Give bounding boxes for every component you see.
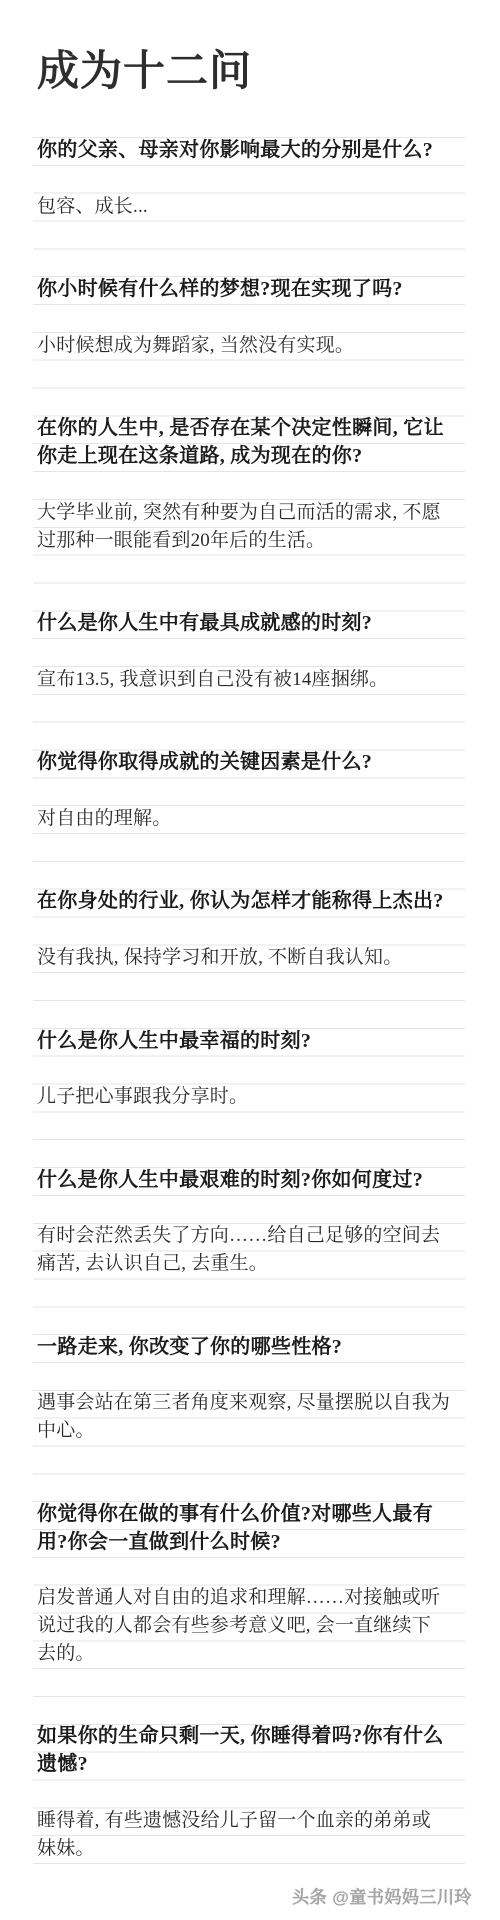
answer-line: 宣布13.5, 我意识到自己没有被14座捆绑。 <box>33 666 465 694</box>
qa-block: 什么是你人生中最艰难的时刻?你如何度过?有时会茫然丢失了方向……给自己足够的空间… <box>33 1167 465 1278</box>
question: 什么是你人生中有最具成就感的时刻? <box>33 610 465 638</box>
answer-line: 痛苦, 去认识自己, 去重生。 <box>33 1250 465 1278</box>
question-line: 遗憾? <box>33 1751 465 1779</box>
question: 你小时候有什么样的梦想?现在实现了吗? <box>33 276 465 304</box>
question-line: 你觉得你取得成就的关键因素是什么? <box>33 749 465 777</box>
qa-block: 什么是你人生中最幸福的时刻?儿子把心事跟我分享时。 <box>33 1028 465 1111</box>
qa-block: 什么是你人生中有最具成就感的时刻?宣布13.5, 我意识到自己没有被14座捆绑。 <box>33 610 465 693</box>
answer-line: 说过我的人都会有些参考意义吧, 会一直继续下 <box>33 1612 465 1640</box>
answer-line: 去的。 <box>33 1640 465 1668</box>
question: 什么是你人生中最艰难的时刻?你如何度过? <box>33 1167 465 1195</box>
answer-line: 遇事会站在第三者角度来观察, 尽量摆脱以自我为 <box>33 1389 465 1417</box>
answer-line: 没有我执, 保持学习和开放, 不断自我认知。 <box>33 944 465 972</box>
question-line: 什么是你人生中最艰难的时刻?你如何度过? <box>33 1167 465 1195</box>
question-line: 一路走来, 你改变了你的哪些性格? <box>33 1334 465 1362</box>
question: 什么是你人生中最幸福的时刻? <box>33 1028 465 1056</box>
answer: 有时会茫然丢失了方向……给自己足够的空间去痛苦, 去认识自己, 去重生。 <box>33 1222 465 1278</box>
answer: 对自由的理解。 <box>33 805 465 833</box>
question-line: 用?你会一直做到什么时候? <box>33 1529 465 1557</box>
qa-block: 你小时候有什么样的梦想?现在实现了吗?小时候想成为舞蹈家, 当然没有实现。 <box>33 276 465 359</box>
question: 你觉得你在做的事有什么价值?对哪些人最有用?你会一直做到什么时候? <box>33 1501 465 1557</box>
question: 如果你的生命只剩一天, 你睡得着吗?你有什么遗憾? <box>33 1723 465 1779</box>
qa-block: 你觉得你在做的事有什么价值?对哪些人最有用?你会一直做到什么时候?启发普通人对自… <box>33 1501 465 1668</box>
answer-line: 过那种一眼能看到20年后的生活。 <box>33 527 465 555</box>
answer: 宣布13.5, 我意识到自己没有被14座捆绑。 <box>33 666 465 694</box>
qa-block: 在你的人生中, 是否存在某个决定性瞬间, 它让你走上现在这条道路, 成为现在的你… <box>33 415 465 554</box>
qa-list: 你的父亲、母亲对你影响最大的分别是什么?包容、成长...你小时候有什么样的梦想?… <box>33 137 465 1864</box>
answer: 没有我执, 保持学习和开放, 不断自我认知。 <box>33 944 465 972</box>
answer: 启发普通人对自由的追求和理解……对接触或听说过我的人都会有些参考意义吧, 会一直… <box>33 1584 465 1667</box>
question-line: 在你身处的行业, 你认为怎样才能称得上杰出? <box>33 888 465 916</box>
question: 在你身处的行业, 你认为怎样才能称得上杰出? <box>33 888 465 916</box>
qa-block: 你的父亲、母亲对你影响最大的分别是什么?包容、成长... <box>33 137 465 220</box>
qa-block: 一路走来, 你改变了你的哪些性格?遇事会站在第三者角度来观察, 尽量摆脱以自我为… <box>33 1334 465 1445</box>
answer-line: 儿子把心事跟我分享时。 <box>33 1083 465 1111</box>
qa-block: 你觉得你取得成就的关键因素是什么?对自由的理解。 <box>33 749 465 832</box>
answer-line: 妹妹。 <box>33 1835 465 1863</box>
answer: 大学毕业前, 突然有种要为自己而活的需求, 不愿过那种一眼能看到20年后的生活。 <box>33 499 465 555</box>
question-line: 你小时候有什么样的梦想?现在实现了吗? <box>33 276 465 304</box>
answer-line: 大学毕业前, 突然有种要为自己而活的需求, 不愿 <box>33 499 465 527</box>
answer-line: 小时候想成为舞蹈家, 当然没有实现。 <box>33 332 465 360</box>
question-line: 什么是你人生中有最具成就感的时刻? <box>33 610 465 638</box>
answer-line: 中心。 <box>33 1417 465 1445</box>
answer: 睡得着, 有些遗憾没给儿子留一个血亲的弟弟或妹妹。 <box>33 1807 465 1863</box>
answer-line: 睡得着, 有些遗憾没给儿子留一个血亲的弟弟或 <box>33 1807 465 1835</box>
question: 你觉得你取得成就的关键因素是什么? <box>33 749 465 777</box>
answer: 小时候想成为舞蹈家, 当然没有实现。 <box>33 332 465 360</box>
answer-line: 启发普通人对自由的追求和理解……对接触或听 <box>33 1584 465 1612</box>
watermark: 头条 @童书妈妈三川玲 <box>292 1883 472 1908</box>
qa-block: 在你身处的行业, 你认为怎样才能称得上杰出?没有我执, 保持学习和开放, 不断自… <box>33 888 465 971</box>
question: 一路走来, 你改变了你的哪些性格? <box>33 1334 465 1362</box>
question: 在你的人生中, 是否存在某个决定性瞬间, 它让你走上现在这条道路, 成为现在的你… <box>33 415 465 471</box>
question-line: 你走上现在这条道路, 成为现在的你? <box>33 443 465 471</box>
page-title: 成为十二问 <box>37 48 252 96</box>
question-line: 什么是你人生中最幸福的时刻? <box>33 1028 465 1056</box>
question: 你的父亲、母亲对你影响最大的分别是什么? <box>33 137 465 165</box>
question-line: 如果你的生命只剩一天, 你睡得着吗?你有什么 <box>33 1723 465 1751</box>
answer-line: 有时会茫然丢失了方向……给自己足够的空间去 <box>33 1222 465 1250</box>
question-line: 你觉得你在做的事有什么价值?对哪些人最有 <box>33 1501 465 1529</box>
question-line: 在你的人生中, 是否存在某个决定性瞬间, 它让 <box>33 415 465 443</box>
answer-line: 包容、成长... <box>33 193 465 221</box>
answer: 遇事会站在第三者角度来观察, 尽量摆脱以自我为中心。 <box>33 1389 465 1445</box>
answer: 儿子把心事跟我分享时。 <box>33 1083 465 1111</box>
answer-line: 对自由的理解。 <box>33 805 465 833</box>
qa-block: 如果你的生命只剩一天, 你睡得着吗?你有什么遗憾?睡得着, 有些遗憾没给儿子留一… <box>33 1723 465 1862</box>
question-line: 你的父亲、母亲对你影响最大的分别是什么? <box>33 137 465 165</box>
answer: 包容、成长... <box>33 193 465 221</box>
